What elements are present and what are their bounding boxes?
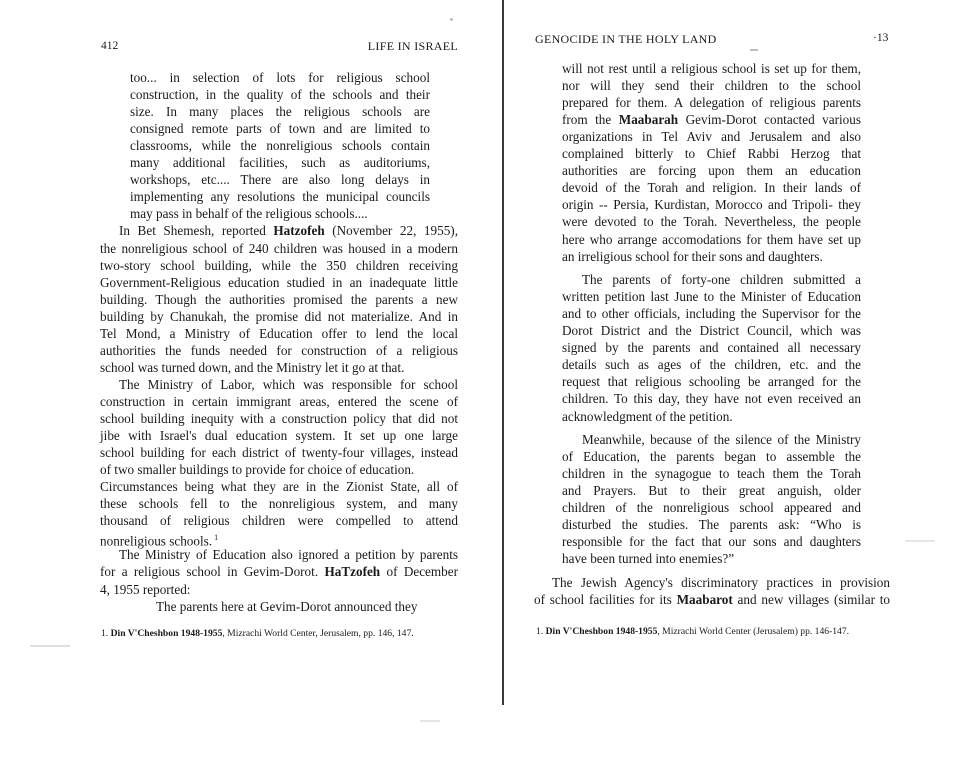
text-line: Meanwhile, because of the silence of the… [582,431,861,448]
text-line: request that religious schooling be arra… [562,373,861,390]
right-page: GENOCIDE IN THE HOLY LAND ·13 will not r… [504,0,961,768]
text-line: The parents of forty-one children submit… [582,271,861,288]
text-line: origin -- Persia, Kurdistan, Morocco and… [562,196,861,213]
scan-artifact [30,645,70,647]
text-run: consigned remote parts of town and are l… [130,121,430,136]
text-run: nor will they send their children to the… [562,78,861,93]
text-line: classrooms, while the nonreligious schoo… [130,137,430,154]
text-run: for a religious school in Gevim-Dorot. [100,564,324,579]
text-line: In Bet Shemesh, reported Hatzofeh (Novem… [119,222,458,239]
text-run: prepared for them. A delegation of relig… [562,95,861,110]
text-run: will not rest until a religious school i… [562,61,861,76]
text-line: authorities are forcing upon them an edu… [562,162,861,179]
text-line: the nonreligious school of 240 children … [100,240,458,257]
scan-artifact [750,49,758,51]
footnote: 1. Din V'Cheshbon 1948-1955, Mizrachi Wo… [101,628,414,639]
text-line: devoid of the Torah and religion. In the… [562,179,861,196]
publication-name: Hatzofeh [273,223,324,238]
text-run: were devoted to the Torah. Nevertheless,… [562,214,861,229]
text-run: an irreligious school for their sons and… [562,249,823,264]
text-line: Dorot District and the District Council,… [562,322,861,339]
text-run: from the [562,112,619,127]
text-run: disturbed the studies. The parents ask: … [562,517,861,532]
text-line: Circumstances being what they are in the… [100,478,458,495]
text-line: organizations in Tel Aviv and Jerusalem … [562,128,861,145]
text-line: authorities the funds needed for constru… [100,342,458,359]
text-run: authorities are forcing upon them an edu… [562,163,861,178]
text-run: Circumstances being what they are in the… [100,479,458,494]
text-run: children of the nonreligious school appe… [562,500,861,515]
text-run: 4, 1955 reported: [100,582,190,597]
text-run: The Ministry of Labor, which was respons… [119,377,458,392]
text-line: will not rest until a religious school i… [562,60,861,77]
text-run: of December [380,564,458,579]
running-head: GENOCIDE IN THE HOLY LAND [535,32,717,47]
text-run: children. To this day, they have not eve… [562,391,861,406]
text-line: school was turned down, and the Ministry… [100,359,458,376]
text-run: building by Chanukah, the promise did no… [100,309,458,324]
text-line: construction in certain immigrant areas,… [100,393,458,410]
text-run: In Bet Shemesh, reported [119,223,273,238]
publication-name: Maabarah [619,112,678,127]
text-run: children in the synagogue to teach them … [562,466,861,481]
text-line: of Education, the parents began to assem… [562,448,861,465]
text-run: Gevim-Dorot contacted various [678,112,861,127]
text-line: and to other officials, including the Su… [562,305,861,322]
scan-artifact [450,18,453,21]
text-run: Meanwhile, because of the silence of the… [582,432,861,447]
text-run: of Education, the parents began to assem… [562,449,861,464]
text-line: The Ministry of Labor, which was respons… [119,376,458,393]
text-line: 4, 1955 reported: [100,581,458,598]
text-run: school building inequity with a construc… [100,411,458,426]
text-line: details such as ages of the children, et… [562,356,861,373]
text-run: authorities the funds needed for constru… [100,343,458,358]
text-line: children. To this day, they have not eve… [562,390,861,407]
text-run: complained bitterly to Chief Rabbi Herzo… [562,146,861,161]
text-line: many additional facilities, such as audi… [130,154,430,171]
text-run: acknowledgment of the petition. [562,409,733,424]
text-line: disturbed the studies. The parents ask: … [562,516,861,533]
text-run: school was turned down, and the Ministry… [100,360,404,375]
footnote-source: , Mizrachi World Center (Jerusalem) pp. … [657,626,849,637]
page-number: 412 [101,40,118,52]
text-line: children in the synagogue to teach them … [562,465,861,482]
text-run: these schools fell to the nonreligious s… [100,496,458,511]
text-run: responsible for the fact that our sons a… [562,534,861,549]
footnote: 1. Din V'Cheshbon 1948-1955, Mizrachi Wo… [536,626,849,637]
text-run: organizations in Tel Aviv and Jerusalem … [562,129,861,144]
footnote-title: Din V'Cheshbon 1948-1955 [111,628,223,639]
text-line: construction, in the quality of the scho… [130,86,430,103]
text-run: of two smaller buildings to provide for … [100,462,414,477]
text-line: have been turned into enemies?” [562,550,861,567]
footnote-marker: 1 [212,533,218,542]
publication-name: HaTzofeh [324,564,380,579]
text-line: The Jewish Agency's discriminatory pract… [552,574,890,591]
scan-artifact [420,720,440,722]
text-line: too... in selection of lots for religiou… [130,69,430,86]
footnote-number: 1. [101,628,111,639]
text-run: too... in selection of lots for religiou… [130,70,430,85]
text-run: construction in certain immigrant areas,… [100,394,458,409]
text-line: from the Maabarah Gevim-Dorot contacted … [562,111,861,128]
publication-name: Maabarot [677,592,733,607]
text-run: origin -- Persia, Kurdistan, Morocco and… [562,197,861,212]
text-run: implementing any resolutions the municip… [130,189,430,204]
running-head: LIFE IN ISRAEL [330,39,458,54]
text-run: request that religious schooling be arra… [562,374,861,389]
text-line: jibe with Israel's dual education system… [100,427,458,444]
text-line: consigned remote parts of town and are l… [130,120,430,137]
text-line: workshops, etc.... There are also long d… [130,171,430,188]
text-run: devoid of the Torah and religion. In the… [562,180,861,195]
text-run: here who arrange accomodations for them … [562,232,861,247]
text-line: these schools fell to the nonreligious s… [100,495,458,512]
text-run: The parents of forty-one children submit… [582,272,861,287]
text-run: have been turned into enemies?” [562,551,734,566]
text-line: school building for each district of twe… [100,444,458,461]
text-line: building. Though the authorities promise… [100,291,458,308]
text-run: many additional facilities, such as audi… [130,155,430,170]
text-line: acknowledgment of the petition. [562,408,861,425]
text-line: of school facilities for its Maabarot an… [534,591,890,608]
text-line: two-story school building, while the 350… [100,257,458,274]
text-line: size. In many places the religious schoo… [130,103,430,120]
text-line: written petition last June to the Minist… [562,288,861,305]
text-line: building by Chanukah, the promise did no… [100,308,458,325]
text-line: children of the nonreligious school appe… [562,499,861,516]
text-line: complained bitterly to Chief Rabbi Herzo… [562,145,861,162]
text-run: and Prayers. But to their great anguish,… [562,483,861,498]
text-run: school building for each district of twe… [100,445,458,460]
text-line: were devoted to the Torah. Nevertheless,… [562,213,861,230]
text-line: nonreligious schools. 1 [100,529,458,546]
text-run: jibe with Israel's dual education system… [100,428,458,443]
left-page: 412 LIFE IN ISRAEL too... in selection o… [0,0,502,768]
text-line: prepared for them. A delegation of relig… [562,94,861,111]
text-run: Dorot District and the District Council,… [562,323,861,338]
text-line: The parents here at Gevim-Dorot announce… [156,598,430,615]
text-run: signed by the parents and contained all … [562,340,861,355]
text-line: may pass in behalf of the religious scho… [130,205,430,222]
text-line: school building inequity with a construc… [100,410,458,427]
text-line: of two smaller buildings to provide for … [100,461,458,478]
text-line: here who arrange accomodations for them … [562,231,861,248]
text-run: size. In many places the religious schoo… [130,104,430,119]
text-run: two-story school building, while the 350… [100,258,458,273]
text-line: Tel Mond, a Ministry of Education offer … [100,325,458,342]
footnote-number: 1. [536,626,546,637]
text-run: Tel Mond, a Ministry of Education offer … [100,326,458,341]
text-run: written petition last June to the Minist… [562,289,861,304]
text-line: an irreligious school for their sons and… [562,248,861,265]
text-line: Government-Religious education studied i… [100,274,458,291]
text-line: for a religious school in Gevim-Dorot. H… [100,563,458,580]
text-run: and new villages (similar to [733,592,890,607]
text-line: responsible for the fact that our sons a… [562,533,861,550]
text-run: building. Though the authorities promise… [100,292,458,307]
text-line: signed by the parents and contained all … [562,339,861,356]
text-run: Government-Religious education studied i… [100,275,458,290]
text-run: The parents here at Gevim-Dorot announce… [156,599,417,614]
footnote-title: Din V'Cheshbon 1948-1955 [546,626,658,637]
text-run: classrooms, while the nonreligious schoo… [130,138,430,153]
text-run: the nonreligious school of 240 children … [100,241,458,256]
text-line: implementing any resolutions the municip… [130,188,430,205]
text-run: The Ministry of Education also ignored a… [119,547,458,562]
page-number: ·13 [873,32,888,44]
text-run: workshops, etc.... There are also long d… [130,172,430,187]
text-run: of school facilities for its [534,592,677,607]
text-run: and to other officials, including the Su… [562,306,861,321]
text-run: (November 22, 1955), [325,223,458,238]
text-run: thousand of religious children were comp… [100,513,458,528]
text-line: nor will they send their children to the… [562,77,861,94]
text-run: The Jewish Agency's discriminatory pract… [552,575,890,590]
text-run: may pass in behalf of the religious scho… [130,206,368,221]
scan-artifact [905,540,935,542]
footnote-source: , Mizrachi World Center, Jerusalem, pp. … [222,628,413,639]
text-run: details such as ages of the children, et… [562,357,861,372]
text-line: and Prayers. But to their great anguish,… [562,482,861,499]
text-line: The Ministry of Education also ignored a… [119,546,458,563]
text-line: thousand of religious children were comp… [100,512,458,529]
text-run: construction, in the quality of the scho… [130,87,430,102]
